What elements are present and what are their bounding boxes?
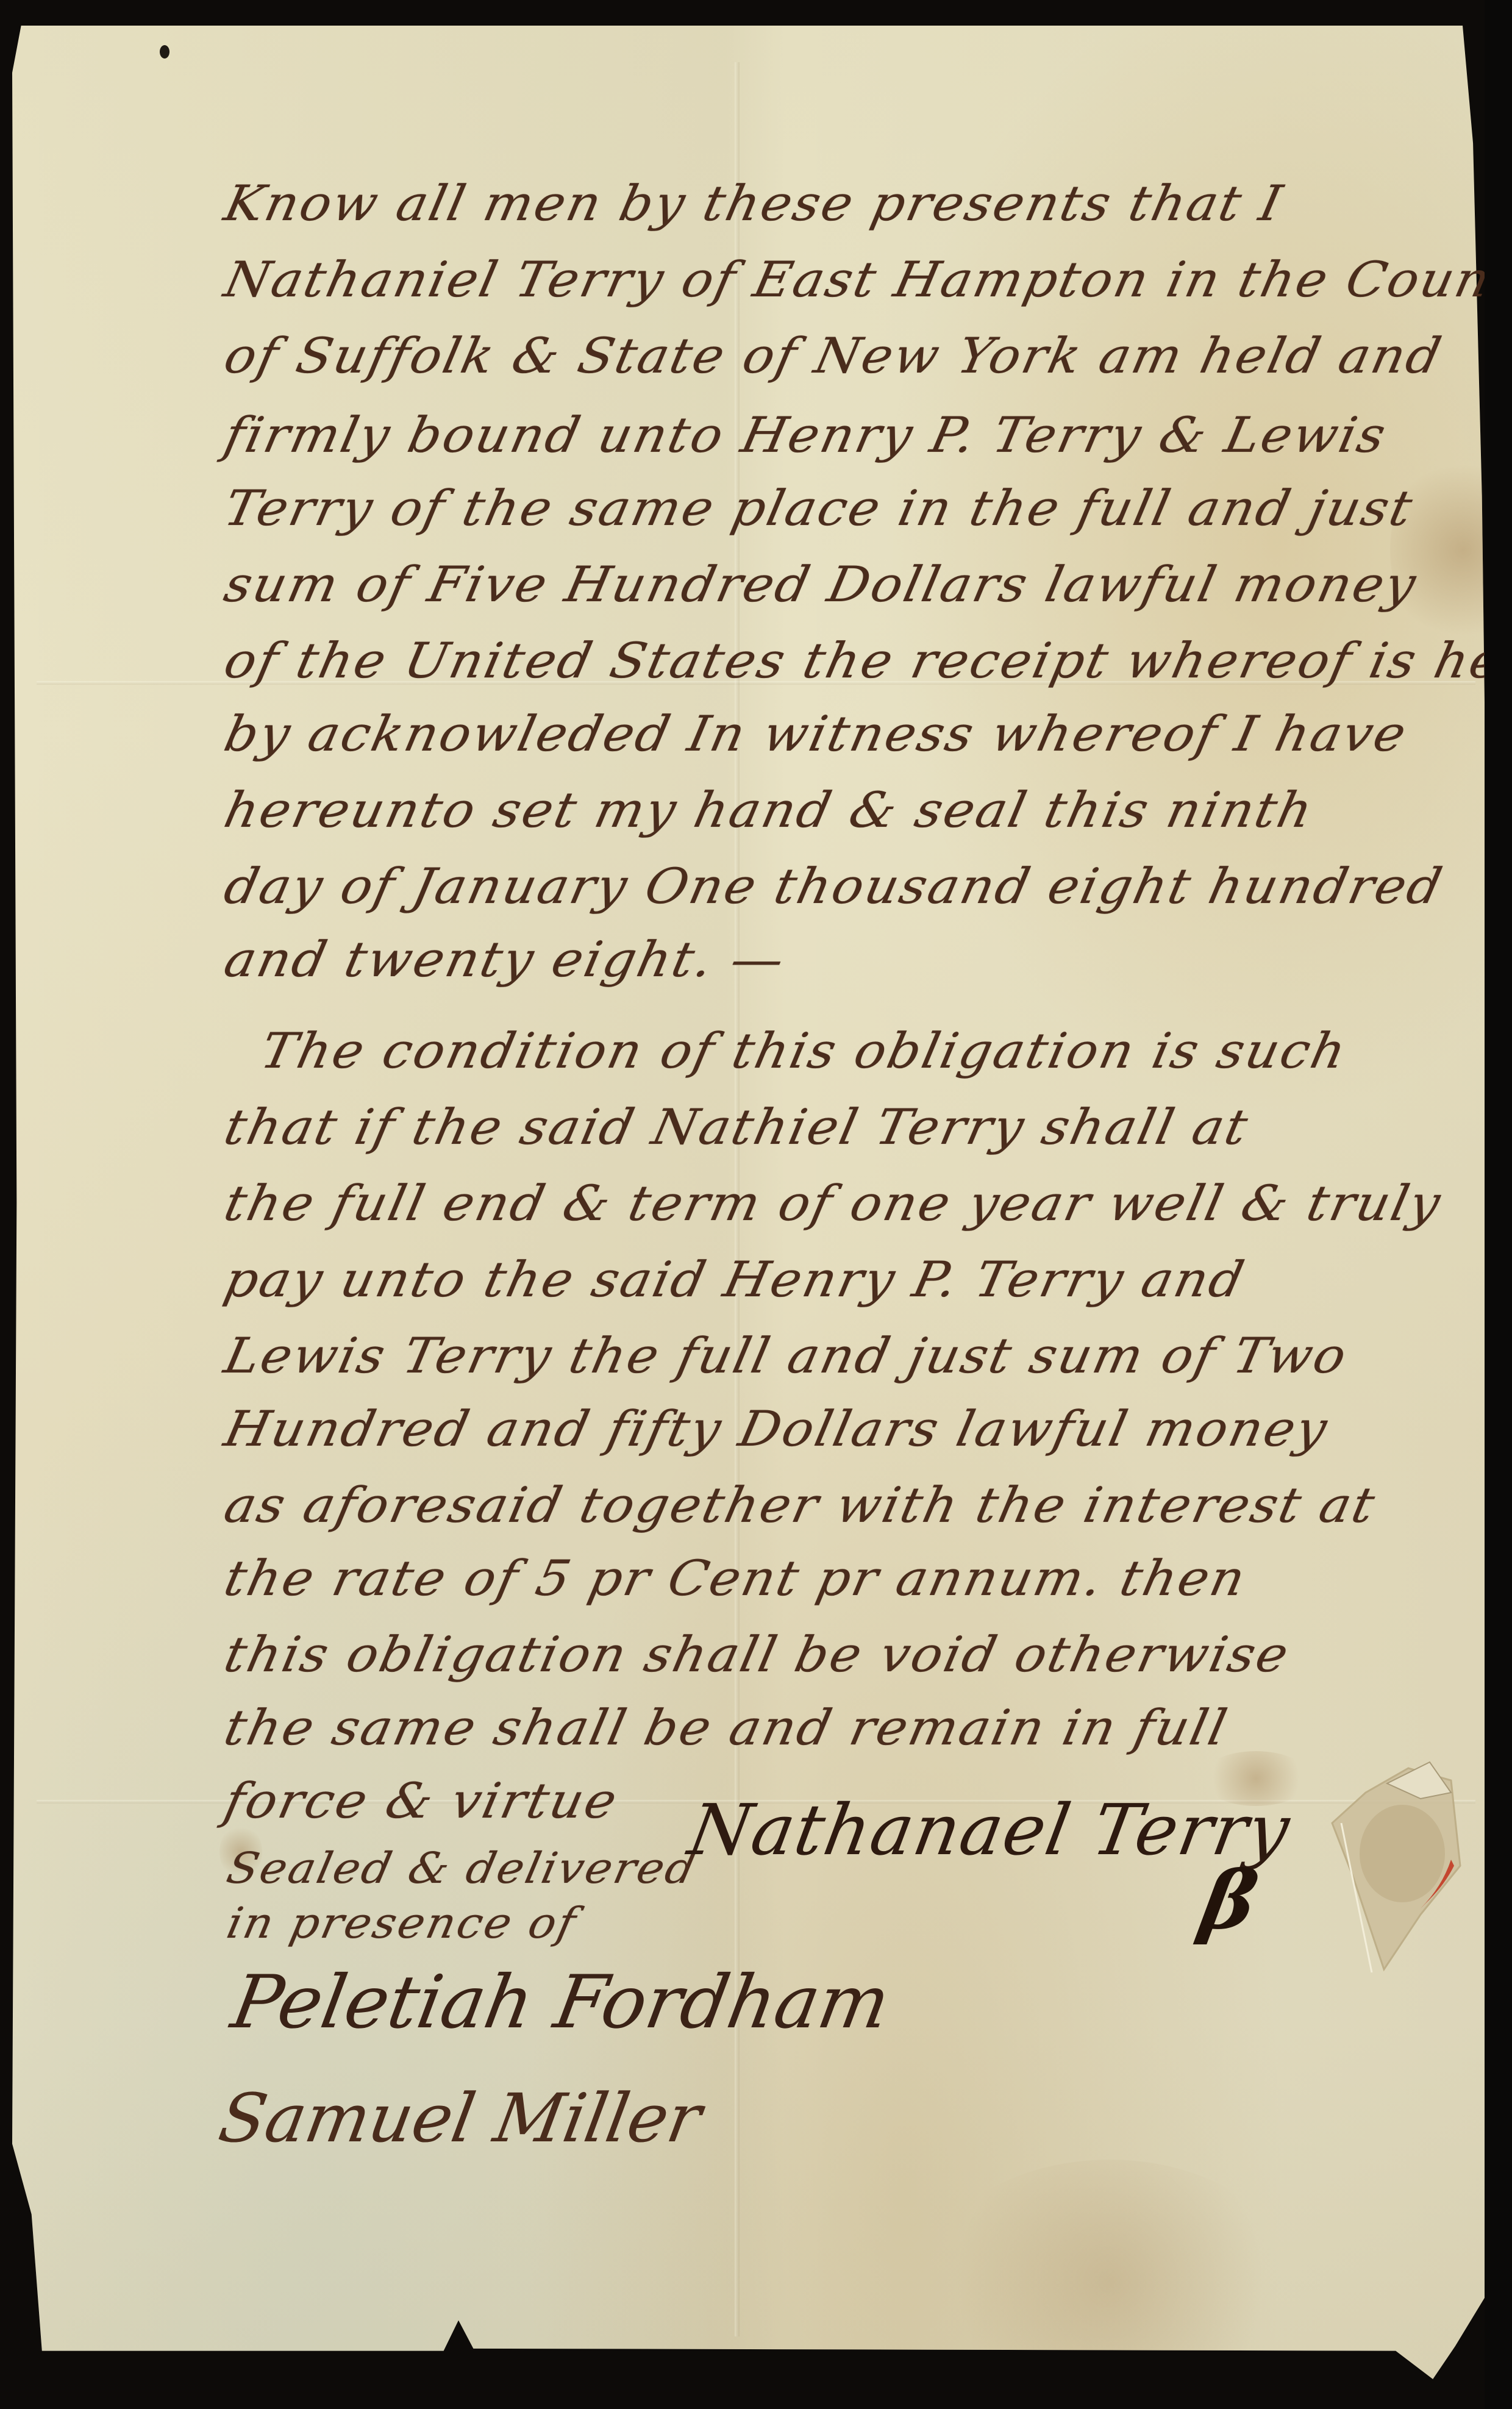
body-line: Terry of the same place in the full and … <box>219 463 1488 537</box>
body-line: by acknowleded In witness whereof I have <box>219 689 1488 762</box>
wax-seal <box>1329 1756 1469 1975</box>
condition-line: Lewis Terry the full and just sum of Two <box>219 1311 1488 1384</box>
signer-signature: Nathanael Terry <box>683 1790 1296 1871</box>
body-line: sum of Five Hundred Dollars lawful money <box>219 540 1488 613</box>
attestation-line: in presence of <box>223 1875 1491 1948</box>
condition-line: that if the said Nathiel Terry shall at <box>219 1082 1488 1155</box>
witness-signature: Samuel Miller <box>213 2079 707 2157</box>
witness-signature: Peletiah Fordham <box>226 1960 896 2045</box>
condition-line: the same shall be and remain in full <box>219 1683 1488 1756</box>
condition-line: as aforesaid together with the interest … <box>219 1460 1488 1533</box>
ink-dot-mark <box>160 45 169 59</box>
body-line: of Suffolk & State of New York am held a… <box>219 311 1488 384</box>
seal-icon <box>1329 1756 1469 1975</box>
condition-line: Hundred and fifty Dollars lawful money <box>219 1384 1488 1457</box>
condition-line: the full end & term of one year well & t… <box>219 1158 1488 1232</box>
body-line: hereunto set my hand & seal this ninth <box>219 765 1488 838</box>
body-line: of the United States the receipt whereof… <box>219 616 1488 689</box>
body-line: and twenty eight. — <box>219 915 1488 988</box>
scan-edge-shadow <box>1485 0 1512 2409</box>
body-line: Know all men by these presents that I <box>219 159 1488 232</box>
condition-line: the rate of 5 pr Cent pr annum. then <box>219 1533 1488 1607</box>
body-line: Nathaniel Terry of East Hampton in the C… <box>219 235 1488 308</box>
condition-line: pay unto the said Henry P. Terry and <box>219 1235 1488 1308</box>
body-line: firmly bound unto Henry P. Terry & Lewis <box>219 390 1488 463</box>
condition-line: The condition of this obligation is such <box>256 1006 1512 1079</box>
body-line: day of January One thousand eight hundre… <box>219 841 1488 915</box>
condition-line: this obligation shall be void otherwise <box>219 1610 1488 1683</box>
